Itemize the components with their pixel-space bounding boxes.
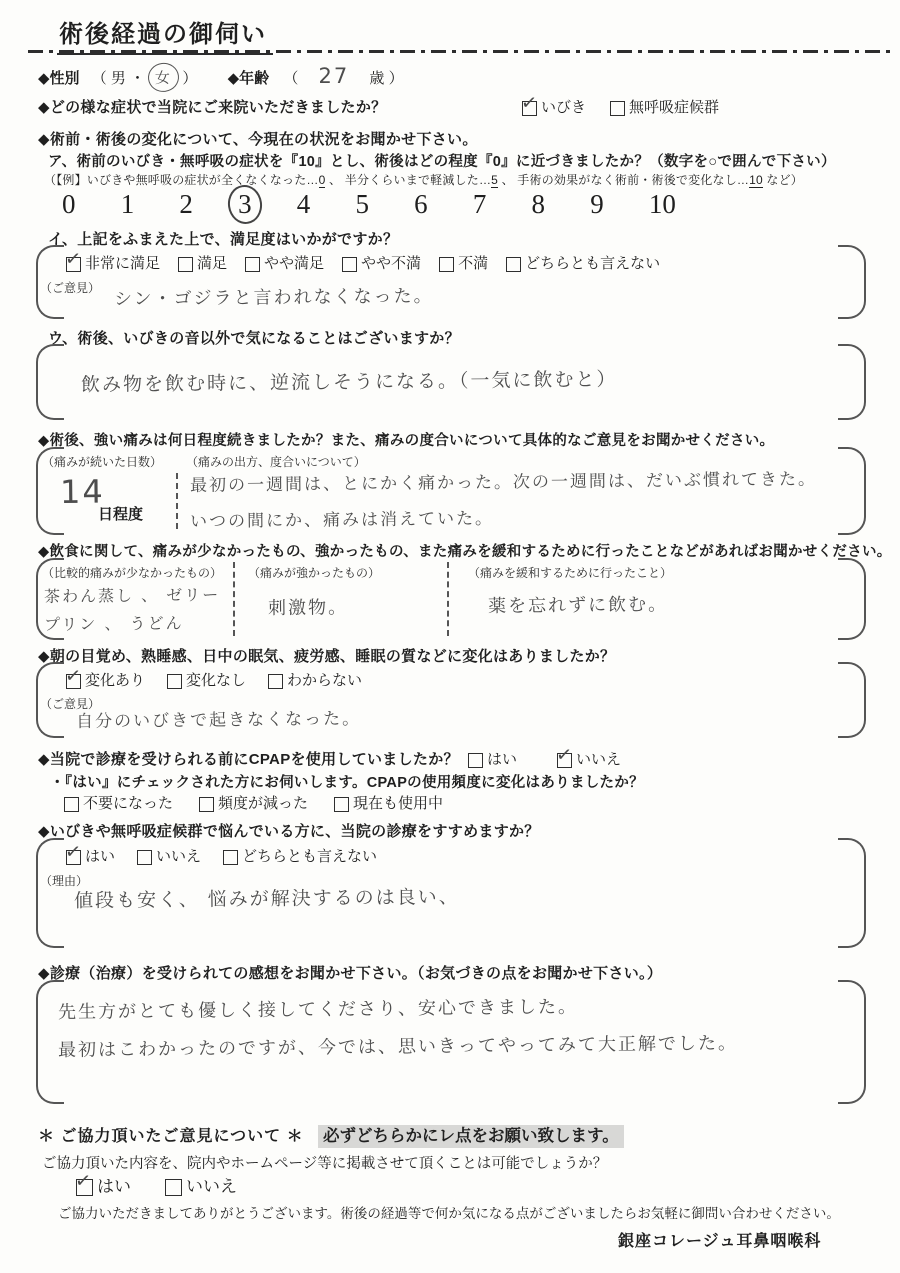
pain-desc-line1-handwriting: 最初の一週間は、とにかく痛かった。次の一週間は、だいぶ慣れてきた。 xyxy=(190,464,817,496)
checkbox-mark xyxy=(64,797,79,812)
scale-0: 0 xyxy=(62,189,76,220)
publish-question: ご協力頂いた内容を、院内やホームページ等に掲載させて頂くことは可能でしょうか？ xyxy=(42,1152,607,1173)
checkbox-label: わからない xyxy=(287,669,362,690)
cpap-use-options: はい いいえ xyxy=(468,748,621,769)
scale-5: 5 xyxy=(355,189,369,220)
age-label: ◆年齢 xyxy=(228,70,270,87)
checkbox-fuman: 不満 xyxy=(439,252,488,273)
pain-days-unit: 日程度 xyxy=(98,503,143,524)
change-question-a: ア、術前のいびき・無呼吸の症状を『10』とし、術後はどの程度『0』に近づきました… xyxy=(48,150,836,171)
gender-circled-answer: 女 xyxy=(155,67,172,88)
age-paren-open: （ xyxy=(283,70,298,87)
impression-line2-handwriting: 最初はこわかったのですが、今では、思いきってやってみて大正解でした。 xyxy=(58,1029,738,1062)
gender-paren-close: ） xyxy=(182,70,197,87)
checkbox-hijo-manzoku: 非常に満足 xyxy=(66,252,160,273)
scale-1: 1 xyxy=(121,189,135,220)
sleep-comment-handwriting: 自分のいびきで起きなくなった。 xyxy=(76,704,361,732)
checkbox-label: どちらとも言えない xyxy=(525,252,660,273)
food-col3-label: （痛みを緩和するために行ったこと） xyxy=(468,564,672,581)
profile-row: ◆性別 （ 男 ・ 女 ） ◆年齢 （ 27 歳 ） xyxy=(38,64,404,88)
scale-4: 4 xyxy=(297,189,311,220)
pain-days-label: （痛みが続いた日数） xyxy=(42,453,162,470)
checkbox-mark xyxy=(66,257,81,272)
checkbox-wakaranai: わからない xyxy=(268,669,362,690)
checkbox-mark xyxy=(76,1179,93,1196)
symptom-question: ◆どの様な症状で当院にご来院いただきましたか？ xyxy=(38,96,386,117)
satisfaction-options: 非常に満足 満足 やや満足 やや不満 不満 どちらとも言えない xyxy=(66,252,660,273)
thanks-message: ご協力いただきましてありがとうございます。術後の経過等で何か気になる点がございま… xyxy=(58,1202,840,1222)
checkbox-mark xyxy=(178,257,193,272)
checkbox-yaya-fuman: やや不満 xyxy=(342,252,421,273)
dash-dot-divider xyxy=(28,50,890,53)
checkbox-label: どちらとも言えない xyxy=(242,845,377,866)
footer-note-emphasis: 必ずどちらかにレ点をお願い致します。 xyxy=(318,1125,624,1148)
checkbox-mark xyxy=(245,257,260,272)
page-title: 術後経過の御伺い xyxy=(57,14,273,55)
checkbox-susume-dochira: どちらとも言えない xyxy=(223,845,377,866)
checkbox-cpap-hai: はい xyxy=(468,748,517,769)
checkbox-ibiki: いびき xyxy=(522,96,586,117)
impression-answer-box: 先生方がとても優しく接してくださり、安心できました。 最初はこわかったのですが、… xyxy=(36,980,866,1104)
checkbox-label: いいえ xyxy=(186,1172,237,1197)
checkbox-mark xyxy=(66,850,81,865)
footer-note-prefix: ＊ ご協力頂いたご意見について ＊ xyxy=(38,1128,304,1145)
checkbox-mark xyxy=(506,257,521,272)
checkbox-mark xyxy=(439,257,454,272)
food-divider-1 xyxy=(233,562,235,636)
checkbox-susume-iie: いいえ xyxy=(137,845,201,866)
sleep-options: 変化あり 変化なし わからない xyxy=(66,669,362,690)
scale-7: 7 xyxy=(473,189,487,220)
checkbox-label: やや不満 xyxy=(361,252,421,273)
checkbox-cpap-iie: いいえ xyxy=(557,748,621,769)
scanned-questionnaire: 術後経過の御伺い ◆性別 （ 男 ・ 女 ） ◆年齢 （ 27 歳 ） ◆どの様… xyxy=(0,0,900,1273)
checkbox-dochira-tomo: どちらとも言えない xyxy=(506,252,660,273)
food-col1-line2-handwriting: プリン 、 うどん xyxy=(44,611,184,635)
checkbox-mark xyxy=(137,850,152,865)
scale-9: 9 xyxy=(590,189,604,220)
satisfaction-comment-handwriting: シン・ゴジラと言われなくなった。 xyxy=(114,282,434,311)
impression-line1-handwriting: 先生方がとても優しく接してくださり、安心できました。 xyxy=(58,993,578,1024)
checkbox-mark xyxy=(334,797,349,812)
checkbox-mark xyxy=(199,797,214,812)
food-col2-label: （痛みが強かったもの） xyxy=(248,564,380,581)
checkbox-label: いびき xyxy=(541,96,586,117)
scale-10: 10 xyxy=(649,189,676,220)
food-col1-line1-handwriting: 茶わん蒸し 、 ゼリー xyxy=(44,582,220,607)
scale-6: 6 xyxy=(414,189,428,220)
checkbox-fuyo: 不要になった xyxy=(64,792,173,813)
recommend-answer-box: はい いいえ どちらとも言えない （理由） 値段も安く、 悩みが解決するのは良い… xyxy=(36,838,866,948)
footer-note-row: ＊ ご協力頂いたご意見について ＊ 必ずどちらかにレ点をお願い致します。 xyxy=(38,1122,624,1146)
publish-options: はい いいえ xyxy=(76,1172,237,1197)
checkbox-label: いいえ xyxy=(576,748,621,769)
checkbox-mark xyxy=(66,674,81,689)
checkbox-label: いいえ xyxy=(156,845,201,866)
checkbox-label: 現在も使用中 xyxy=(353,792,443,813)
cpap-freq-options: 不要になった 頻度が減った 現在も使用中 xyxy=(64,792,443,813)
checkbox-label: 無呼吸症候群 xyxy=(629,96,719,117)
pain-answer-box: （痛みが続いた日数） （痛みの出方、度合いについて） 14 日程度 最初の一週間… xyxy=(36,447,866,535)
checkbox-label: 満足 xyxy=(197,252,227,273)
checkbox-mark xyxy=(165,1179,182,1196)
scale-3-circled-answer: 3 xyxy=(238,189,252,220)
cpap-sub-question: ・『はい』にチェックされた方にお伺いします。CPAPの使用頻度に変化はありました… xyxy=(50,771,644,792)
checkbox-mark xyxy=(167,674,182,689)
recommend-options: はい いいえ どちらとも言えない xyxy=(66,845,377,866)
change-example-line: （【例】いびきや無呼吸の症状が全くなくなった…0 、 半分くらいまで軽減した…5… xyxy=(44,171,803,188)
pain-desc-line2-handwriting: いつの間にか、痛みは消えていた。 xyxy=(190,504,494,532)
checkbox-label: 不要になった xyxy=(83,792,173,813)
checkbox-mark xyxy=(610,101,625,116)
age-handwritten-value: 27 xyxy=(319,64,350,88)
checkbox-label: 変化あり xyxy=(85,669,145,690)
other-concern-handwriting: 飲み物を飲む時に、逆流しそうになる。（一気に飲むと） xyxy=(81,364,618,397)
checkbox-label: はい xyxy=(97,1172,131,1197)
checkbox-label: はい xyxy=(85,845,115,866)
food-col1-label: （比較的痛みが少なかったもの） xyxy=(42,564,222,581)
checkbox-mark xyxy=(268,674,283,689)
checkbox-publish-hai: はい xyxy=(76,1172,131,1197)
checkbox-mark xyxy=(223,850,238,865)
checkbox-susume-hai: はい xyxy=(66,845,115,866)
cpap-question: ◆当院で診療を受けられる前にCPAPを使用していましたか？ xyxy=(38,748,459,769)
checkbox-label: 変化なし xyxy=(186,669,246,690)
checkbox-label: はい xyxy=(487,748,517,769)
checkbox-label: 不満 xyxy=(458,252,488,273)
checkbox-yaya-manzoku: やや満足 xyxy=(245,252,324,273)
food-answer-box: （比較的痛みが少なかったもの） （痛みが強かったもの） （痛みを緩和するために行… xyxy=(36,558,866,640)
food-col3-handwriting: 薬を忘れずに飲む。 xyxy=(488,590,668,618)
checkbox-mark xyxy=(557,753,572,768)
scale-8: 8 xyxy=(532,189,546,220)
checkbox-mark xyxy=(342,257,357,272)
gender-options: （ 男 ・ xyxy=(92,70,145,87)
age-paren-close: 歳 ） xyxy=(369,70,403,87)
sleep-answer-box: 変化あり 変化なし わからない （ご意見） 自分のいびきで起きなくなった。 xyxy=(36,662,866,738)
checkbox-label: 非常に満足 xyxy=(85,252,160,273)
checkbox-mukokyu: 無呼吸症候群 xyxy=(610,96,719,117)
checkbox-manzoku: 満足 xyxy=(178,252,227,273)
pain-column-divider xyxy=(176,473,178,529)
checkbox-publish-iie: いいえ xyxy=(165,1172,237,1197)
comment-label: （ご意見） xyxy=(40,279,100,296)
food-col2-handwriting: 刺激物。 xyxy=(268,593,348,620)
recommend-reason-handwriting: 値段も安く、 悩みが解決するのは良い、 xyxy=(74,882,460,913)
checkbox-henka-ari: 変化あり xyxy=(66,669,145,690)
other-concern-answer-box: 飲み物を飲む時に、逆流しそうになる。（一気に飲むと） xyxy=(36,344,866,420)
symptom-options: いびき 無呼吸症候群 xyxy=(522,96,719,117)
checkbox-mark xyxy=(522,101,537,116)
pain-desc-label: （痛みの出方、度合いについて） xyxy=(186,453,366,470)
change-heading: ◆術前・術後の変化について、今現在の状況をお聞かせ下さい。 xyxy=(38,128,478,149)
satisfaction-answer-box: 非常に満足 満足 やや満足 やや不満 不満 どちらとも言えない （ご意見） シン… xyxy=(36,245,866,319)
checkbox-genzai-shiyo: 現在も使用中 xyxy=(334,792,443,813)
checkbox-mark xyxy=(468,753,483,768)
checkbox-label: 頻度が減った xyxy=(218,792,308,813)
checkbox-hindo-hetta: 頻度が減った xyxy=(199,792,308,813)
checkbox-label: やや満足 xyxy=(264,252,324,273)
food-divider-2 xyxy=(447,562,449,636)
gender-label: ◆性別 xyxy=(38,70,80,87)
rating-scale: 0 1 2 3 4 5 6 7 8 9 10 xyxy=(62,189,676,220)
scale-2: 2 xyxy=(179,189,193,220)
checkbox-henka-nashi: 変化なし xyxy=(167,669,246,690)
clinic-name: 銀座コレージュ耳鼻咽喉科 xyxy=(618,1228,821,1251)
